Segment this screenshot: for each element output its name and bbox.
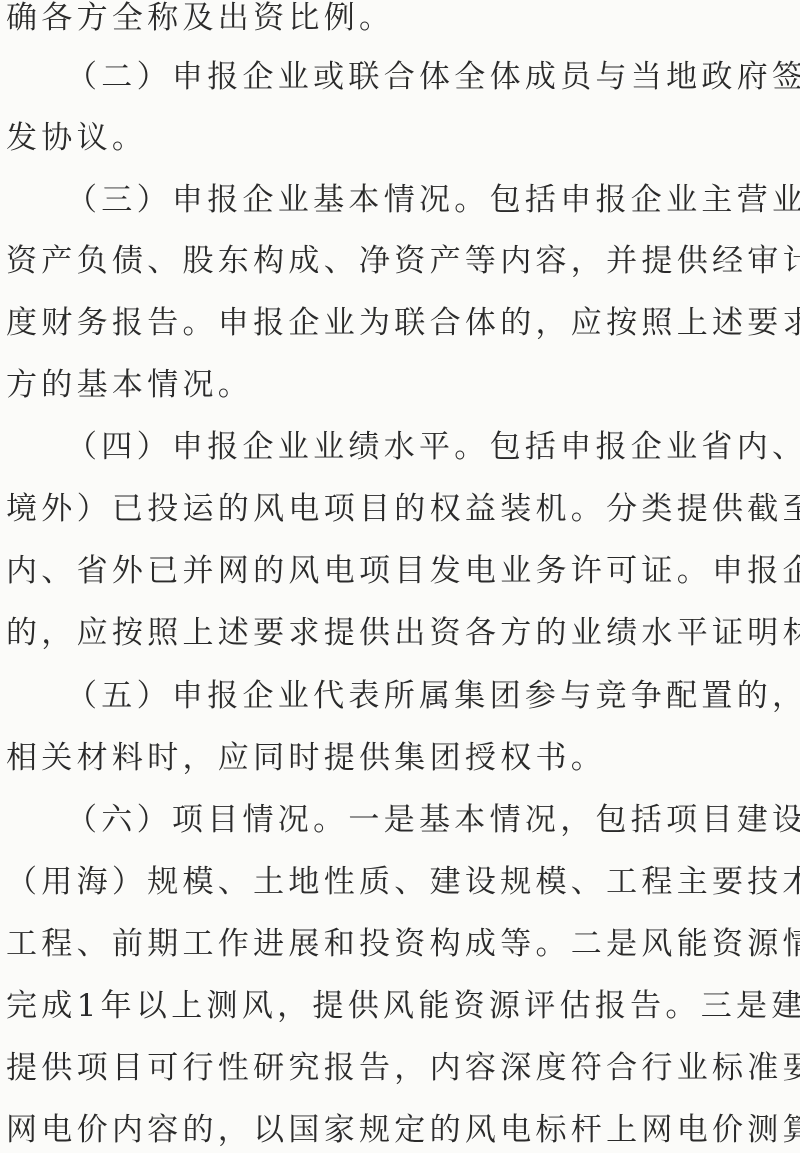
text-line: 相关材料时，应同时提供集团授权书。 — [6, 738, 800, 778]
text-line: 工程、前期工作进展和投资构成等。二是风能资源情况，项目应 — [6, 924, 800, 964]
text-line: （三）申报企业基本情况。包括申报企业主营业务、总资产、 — [66, 180, 800, 220]
text-line: 的，应按照上述要求提供出资各方的业绩水平证明材料。 — [6, 613, 800, 653]
text-line: 完成1年以上测风，提供风能资源评估报告。三是建设可行性， — [6, 986, 800, 1026]
text-line: 内、省外已并网的风电项目发电业务许可证。申报企业为联合体 — [6, 551, 800, 591]
text-line: （六）项目情况。一是基本情况，包括项目建设地点、用地 — [66, 800, 800, 840]
text-line: （四）申报企业业绩水平。包括申报企业省内、省外（不含 — [66, 427, 800, 467]
text-line: 提供项目可行性研究报告，内容深度符合行业标准要求，涉及上 — [6, 1048, 800, 1088]
text-line: （二）申报企业或联合体全体成员与当地政府签署的风电开 — [66, 57, 800, 97]
text-line: 确各方全称及出资比例。 — [6, 0, 800, 38]
text-line: 度财务报告。申报企业为联合体的，应按照上述要求提供出资各 — [6, 303, 800, 343]
text-line: 发协议。 — [6, 118, 800, 158]
text-line: 网电价内容的，以国家规定的风电标杆上网电价测算。 — [6, 1110, 800, 1150]
text-line: （五）申报企业代表所属集团参与竞争配置的，在提供集团 — [66, 676, 800, 716]
text-line: 方的基本情况。 — [6, 365, 800, 405]
text-line: 境外）已投运的风电项目的权益装机。分类提供截至上年度末省 — [6, 489, 800, 529]
document-page: 确各方全称及出资比例。（二）申报企业或联合体全体成员与当地政府签署的风电开发协议… — [0, 0, 800, 1153]
text-line: 资产负债、股东构成、净资产等内容，并提供经审计的前2个年 — [6, 241, 800, 281]
text-line: （用海）规模、土地性质、建设规模、工程主要技术方案、配套 — [6, 862, 800, 902]
